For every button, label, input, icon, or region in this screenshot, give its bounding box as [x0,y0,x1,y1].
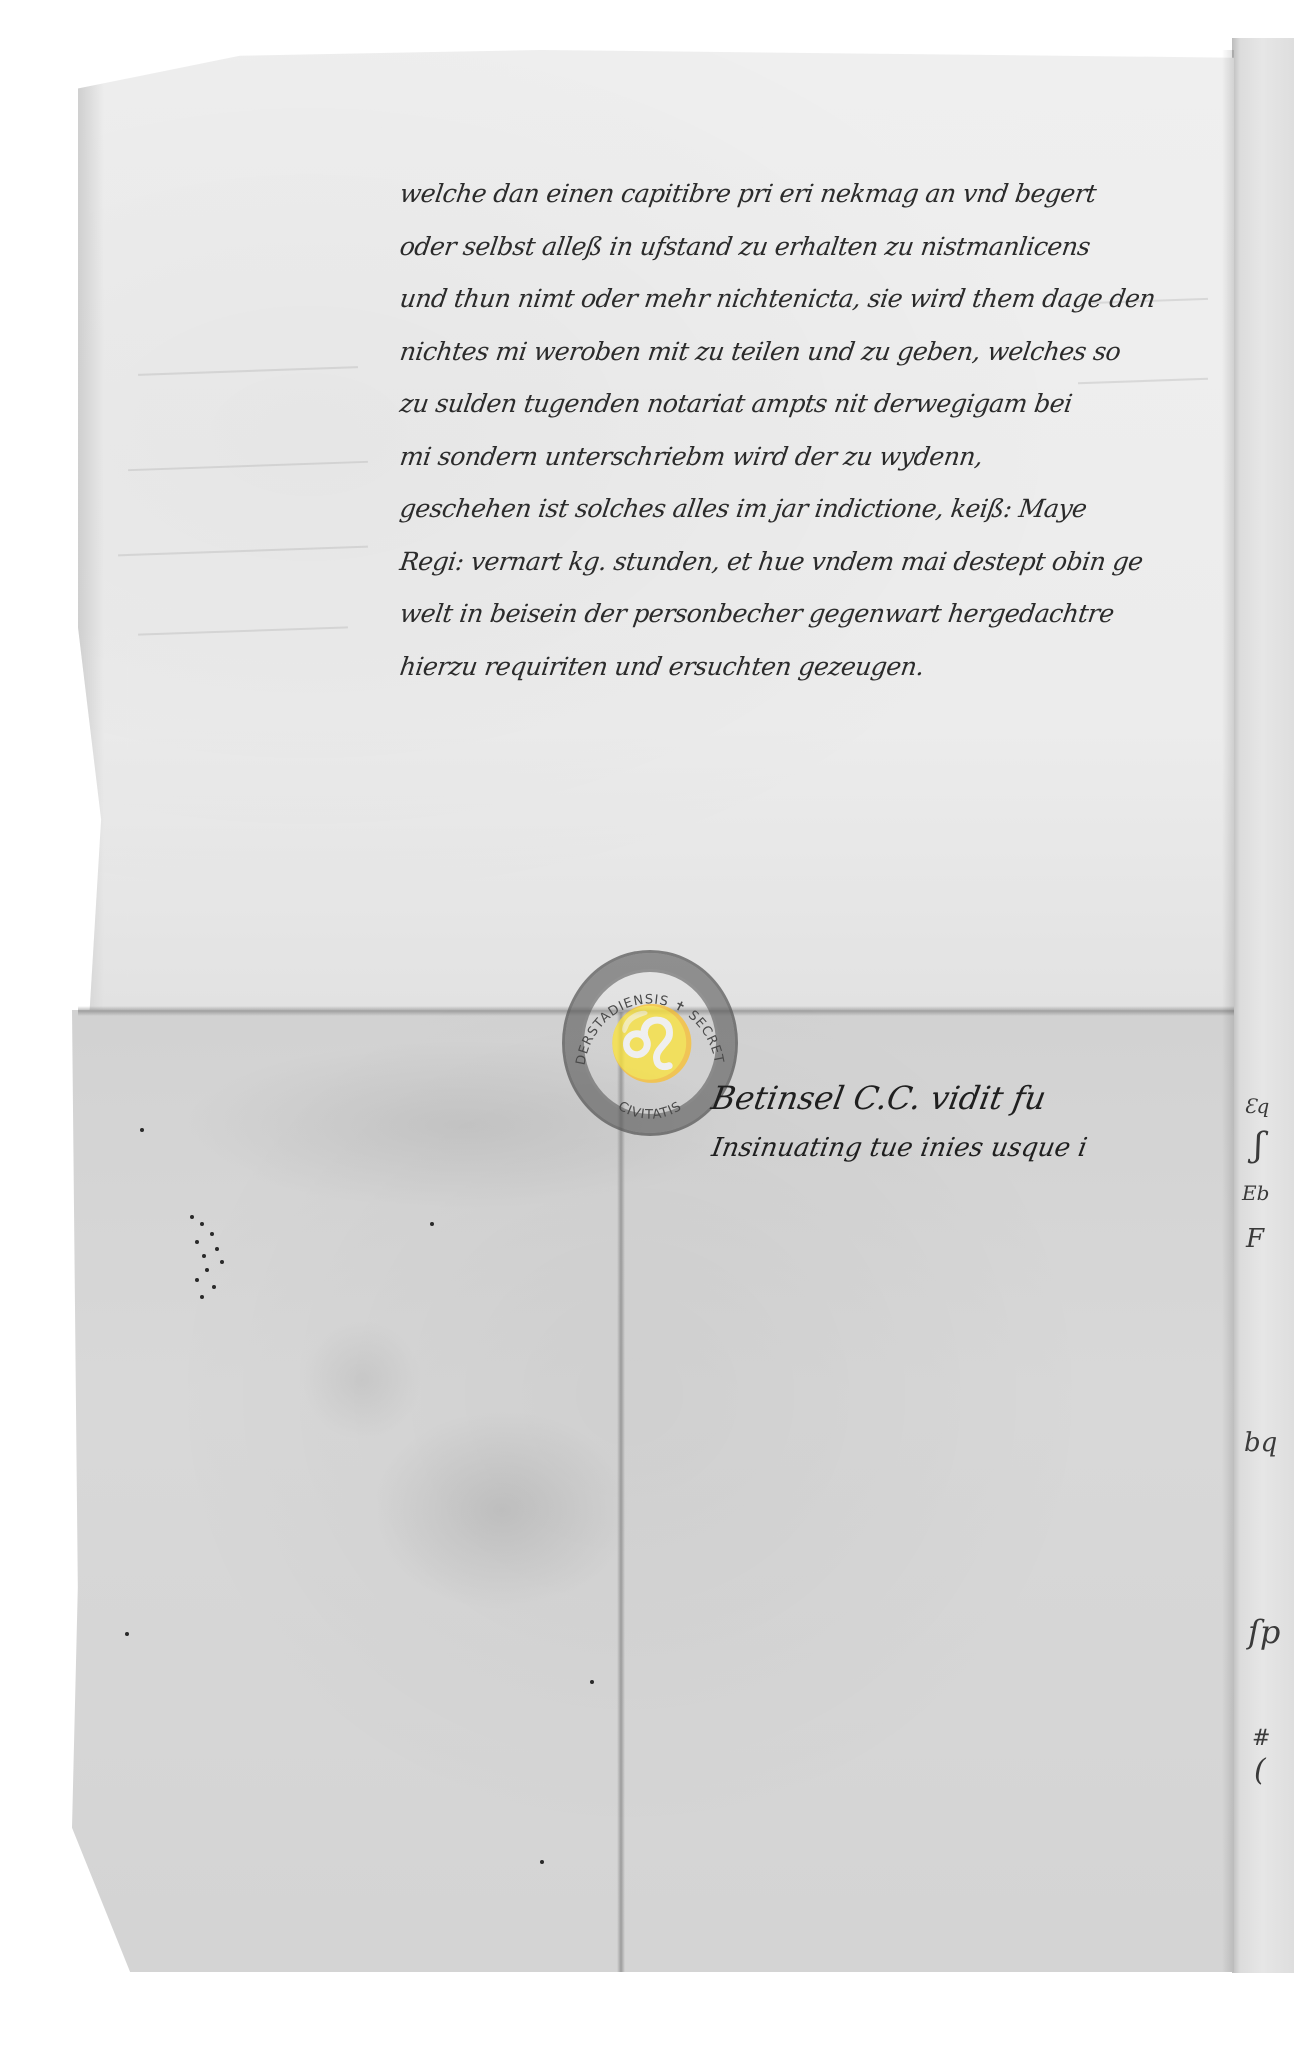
manuscript-scan: F Ɛq ʃ Eb bq ſp # ( [0,0,1294,2063]
text-line-3: und thun nimt oder mehr nichtenicta, sie… [396,273,1233,326]
neighbor-glyph: Ɛq [1244,1096,1269,1116]
neighbor-glyph: F [1246,1226,1264,1252]
text-line-4: nichtes mi weroben mit zu teilen und zu … [396,326,1233,379]
neighbor-glyph: ʃ [1254,1128,1263,1162]
text-line-10: hierzu requiriten und ersuchten gezeugen… [396,641,1233,694]
adjacent-page-edge: F Ɛq ʃ Eb bq ſp # ( [1232,38,1294,1973]
neighbor-glyph: bq [1244,1430,1277,1456]
bleed-through-stroke [128,461,368,471]
text-line-6: mi sondern unterschriebm wird der zu wyd… [396,431,1233,484]
lion-emblem-icon: ♌ [607,993,693,1093]
neighbor-glyph: ( [1254,1756,1266,1786]
text-line-9: welt in beisein der personbecher gegenwa… [396,588,1233,641]
text-line-8: Regi: vernart kg. stunden, et hue vndem … [396,536,1233,589]
handwritten-body: welche dan einen capitibre pri eri nekma… [400,168,1230,693]
signature-note: Betinsel C.C. vidit fu Insinuating tue i… [712,1072,1112,1172]
bleed-through-stroke [118,546,368,557]
text-line-7: geschehen ist solches alles im jar indic… [396,483,1233,536]
neighbor-glyph: Eb [1242,1183,1269,1203]
svg-text:CIVITATIS: CIVITATIS [615,1099,685,1123]
neighbor-glyph: # [1252,1728,1270,1750]
text-line-1: welche dan einen capitibre pri eri nekma… [396,168,1233,221]
neighbor-glyph: ſp [1248,1616,1280,1648]
bleed-through-stroke [138,366,358,376]
water-stain [302,1320,422,1440]
text-line-5: zu sulden tugenden notariat ampts nit de… [396,378,1233,431]
text-line-2: oder selbst alleß in ufstand zu erhalten… [396,221,1233,274]
signature-line-1: Betinsel C.C. vidit fu [707,1072,1116,1124]
vertical-fold-crease [617,1012,625,1972]
bleed-through-stroke [138,626,348,635]
water-stain [372,1410,632,1610]
signature-line-2: Insinuating tue inies usque i [708,1124,1116,1172]
line-text: welche dan einen capitibre pri eri nekma… [398,179,1098,208]
